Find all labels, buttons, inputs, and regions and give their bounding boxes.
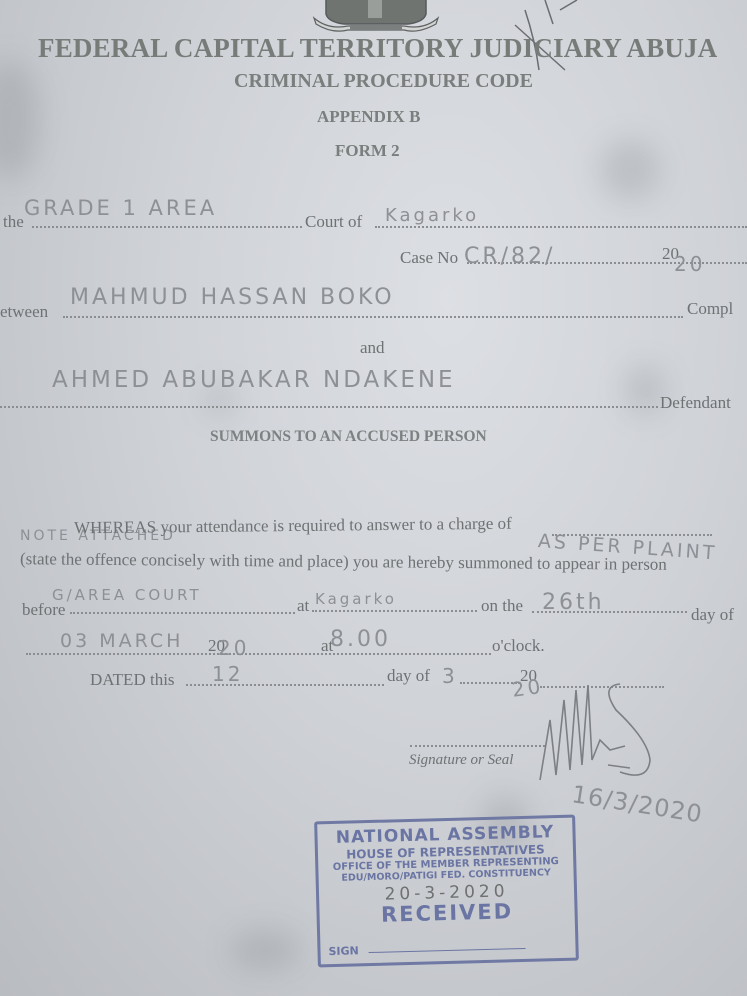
appendix-label: APPENDIX B [317,107,420,127]
between-label: etween [0,302,48,322]
whereas-text: WHEREAS your attendance is required to a… [74,514,512,539]
dated-day-field[interactable]: 12 [212,662,243,686]
received-stamp: NATIONAL ASSEMBLY HOUSE OF REPRESENTATIV… [314,815,579,968]
stamp-sign-line [369,948,526,953]
day-field[interactable]: 26th [542,590,605,615]
dated-month-field[interactable]: 3 [442,664,458,688]
at-location-label: at [297,596,309,616]
on-the-label: on the [481,596,523,616]
month-field[interactable]: 03 MARCH [60,630,183,652]
month-dotted-line [26,653,491,655]
case-year-field[interactable]: 20 [674,252,705,276]
dated-label: DATED this [90,670,175,690]
stamp-sign-label: SIGN [328,944,359,958]
complainant-dotted-line [63,316,683,318]
dated-day-of-label: day of [387,666,430,686]
at-location-field[interactable]: Kagarko [315,590,397,608]
defendant-label: Defendant [660,393,731,413]
signature-label: Signature or Seal [409,752,513,769]
paper-smudge [0,60,40,180]
paper-smudge [600,140,660,200]
complainant-label: Compl [687,299,733,319]
appear-year-field[interactable]: 20 [218,636,249,660]
court-location-field[interactable]: Kagarko [385,205,479,226]
and-label: and [360,338,385,358]
coat-of-arms-icon [308,0,443,32]
case-no-field[interactable]: CR/82/ [464,244,555,269]
at-location-dotted-line [312,610,477,612]
day-of-label: day of [691,605,734,625]
signature-dotted-line [410,745,545,747]
court-of-label: Court of [305,212,362,232]
document-subtitle: CRIMINAL PROCEDURE CODE [234,70,533,93]
court-type-field[interactable]: GRADE 1 AREA [24,196,217,220]
court-prefix-label: the [3,212,24,232]
time-field[interactable]: 8.00 [330,627,391,652]
document-title: FEDERAL CAPITAL TERRITORY JUDICIARY ABUJ… [38,33,717,64]
defendant-dotted-line [0,406,658,408]
form-label: FORM 2 [335,141,400,161]
before-field[interactable]: G/AREA COURT [52,586,202,604]
paper-smudge [230,930,300,970]
instruction-text: (state the offence concisely with time a… [20,549,667,575]
oclock-label: o'clock. [492,636,545,656]
before-dotted-line [70,612,295,614]
signature-scribble-icon[interactable] [530,680,670,790]
court-type-dotted-line [32,226,302,228]
defendant-field[interactable]: AHMED ABUBAKAR NDAKENE [52,367,456,393]
case-no-label: Case No [400,248,458,268]
court-location-dotted-line [375,226,747,228]
summons-heading: SUMMONS TO AN ACCUSED PERSON [210,428,487,446]
complainant-field[interactable]: MAHMUD HASSAN BOKO [70,285,395,310]
